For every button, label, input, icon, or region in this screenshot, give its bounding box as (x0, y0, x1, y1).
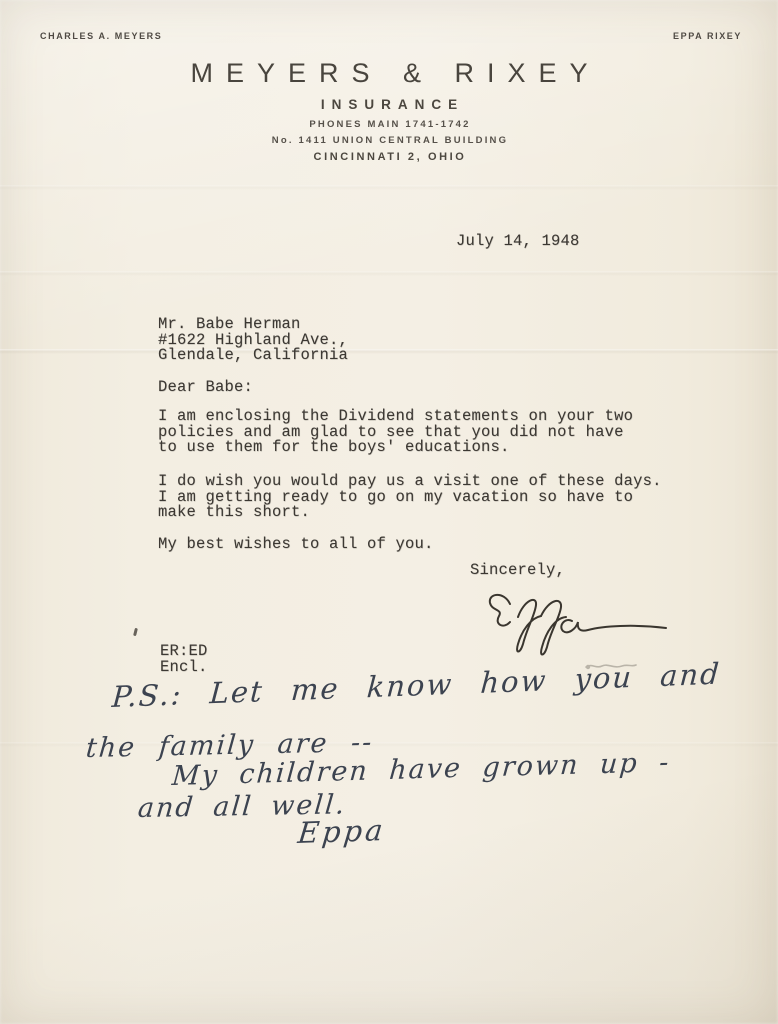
fold-crease (0, 349, 778, 354)
closing-line: Sincerely, (470, 563, 565, 579)
letterhead-left-name: CHARLES A. MEYERS (40, 31, 162, 41)
body-paragraph-3: My best wishes to all of you. (158, 537, 434, 553)
letterhead-city-line: CINCINNATI 2, OHIO (0, 151, 778, 163)
body-paragraph-2: I do wish you would pay us a visit one o… (158, 474, 662, 521)
ink-speck-mark (133, 628, 138, 636)
letterhead-phone-line: PHONES MAIN 1741-1742 (0, 119, 778, 130)
fold-crease (0, 271, 778, 276)
recipient-address-block: Mr. Babe Herman #1622 Highland Ave., Gle… (158, 317, 348, 364)
letterhead-building-line: No. 1411 UNION CENTRAL BUILDING (0, 135, 778, 146)
body-paragraph-1: I am enclosing the Dividend statements o… (158, 409, 633, 456)
reference-block: ER:ED Encl. (160, 644, 208, 675)
company-name: MEYERS & RIXEY (0, 58, 778, 89)
salutation: Dear Babe: (158, 380, 253, 396)
postscript-signature: Eppa (296, 813, 387, 850)
date-line: July 14, 1948 (456, 234, 580, 250)
letter-page: CHARLES A. MEYERS EPPA RIXEY MEYERS & RI… (0, 0, 778, 1024)
company-subtitle: INSURANCE (0, 97, 778, 112)
fold-crease (0, 185, 778, 190)
letterhead-right-name: EPPA RIXEY (673, 31, 742, 41)
eppa-signature (478, 584, 678, 664)
